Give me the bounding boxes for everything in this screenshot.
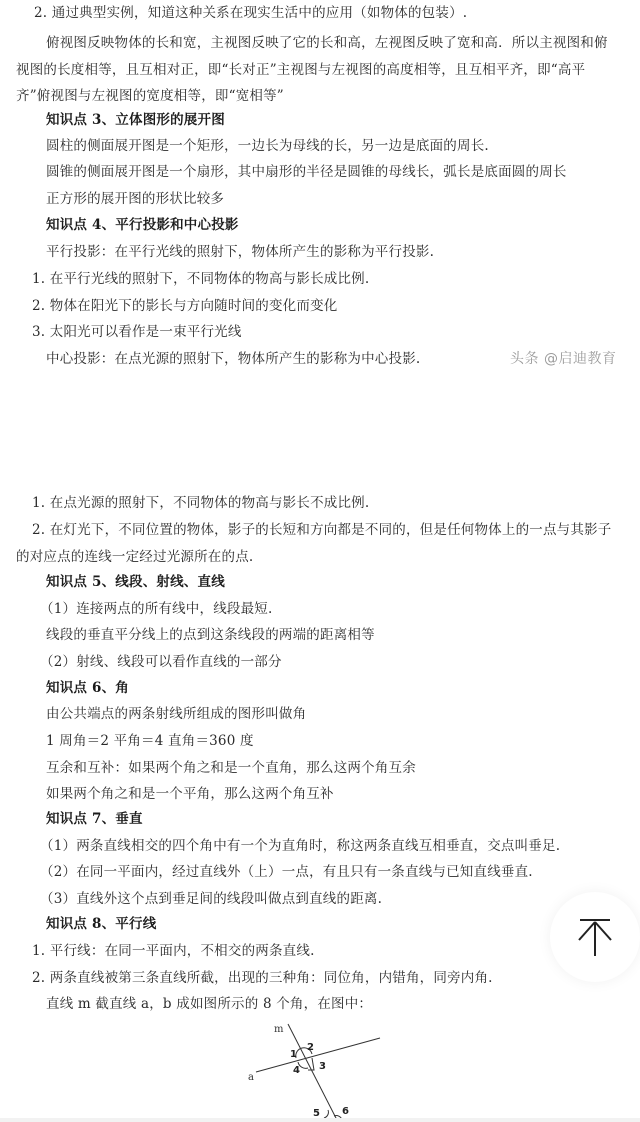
doc-line: 1. 平行线：在同一平面内，不相交的两条直线. <box>32 942 315 960</box>
angle-label-2: 2 <box>307 1042 314 1053</box>
doc-line: 2. 在灯光下，不同位置的物体，影子的长短和方向都是不同的，但是任何物体上的一点… <box>32 521 611 539</box>
label-a: a <box>248 1072 254 1083</box>
section-heading-7: 知识点 7、垂直 <box>46 810 143 828</box>
angle-label-6: 6 <box>342 1106 349 1117</box>
doc-line: （3）直线外这个点到垂足间的线段叫做点到直线的距离. <box>40 890 382 908</box>
section-heading-3: 知识点 3、立体图形的展开图 <box>46 111 225 129</box>
doc-line: 视图的长度相等，且互相对正，即“长对正”主视图与左视图的高度相等，且互相平齐，即… <box>16 61 585 79</box>
section-heading-6: 知识点 6、角 <box>46 679 129 697</box>
watermark: 头条 @启迪教育 <box>510 348 616 368</box>
arrow-up-to-top-icon <box>574 916 616 958</box>
section-heading-4: 知识点 4、平行投影和中心投影 <box>46 216 239 234</box>
doc-line: 由公共端点的两条射线所组成的图形叫做角 <box>46 705 306 723</box>
doc-line: （2）在同一平面内，经过直线外（上）一点，有且只有一条直线与已知直线垂直. <box>40 863 533 881</box>
doc-line: 1. 在平行光线的照射下，不同物体的物高与影长成比例. <box>32 270 369 288</box>
angle-label-3: 3 <box>319 1061 326 1072</box>
doc-line: 2. 两条直线被第三条直线所截，出现的三种角：同位角，内错角，同旁内角. <box>32 969 493 987</box>
angle-diagram-svg: m a 1 2 3 4 5 6 <box>200 1010 420 1122</box>
doc-line: 中心投影：在点光源的照射下，物体所产生的影称为中心投影. <box>46 350 420 368</box>
doc-line: 1 周角＝2 平角＝4 直角＝360 度 <box>46 732 254 750</box>
angle-label-4: 4 <box>293 1065 300 1076</box>
doc-line: 圆锥的侧面展开图是一个扇形，其中扇形的半径是圆锥的母线长，弧长是底面圆的周长 <box>46 163 567 181</box>
back-to-top-button[interactable] <box>550 892 640 982</box>
doc-line: 2. 物体在阳光下的影长与方向随时间的变化而变化 <box>32 297 337 315</box>
doc-line: 互余和互补：如果两个角之和是一个直角，那么这两个角互余 <box>46 759 416 777</box>
doc-line: 圆柱的侧面展开图是一个矩形，一边长为母线的长，另一边是底面的周长. <box>46 137 489 155</box>
angle-label-1: 1 <box>290 1049 297 1060</box>
doc-line: 2. 通过典型实例，知道这种关系在现实生活中的应用（如物体的包装）. <box>34 4 467 22</box>
doc-line: （1）连接两点的所有线中，线段最短. <box>40 600 272 618</box>
doc-line: 线段的垂直平分线上的点到这条线段的两端的距离相等 <box>46 626 375 644</box>
section-heading-5: 知识点 5、线段、射线、直线 <box>46 573 225 591</box>
doc-line: （1）两条直线相交的四个角中有一个为直角时，称这两条直线互相垂直，交点叫垂足. <box>40 837 560 855</box>
doc-line: 1. 在点光源的照射下，不同物体的物高与影长不成比例. <box>32 494 369 512</box>
doc-line: 3. 太阳光可以看作是一束平行光线 <box>32 323 242 341</box>
transversal-diagram: m a 1 2 3 4 5 6 <box>200 1010 420 1122</box>
doc-line: 正方形的展开图的形状比较多 <box>46 190 224 208</box>
doc-line: 的对应点的连线一定经过光源所在的点. <box>16 548 253 566</box>
doc-line: 如果两个角之和是一个平角，那么这两个角互补 <box>46 785 334 803</box>
section-heading-8: 知识点 8、平行线 <box>46 915 156 933</box>
doc-line: 齐”俯视图与左视图的宽度相等，即“宽相等” <box>16 87 284 105</box>
doc-line: 平行投影：在平行光线的照射下，物体所产生的影称为平行投影. <box>46 243 434 261</box>
doc-line: 俯视图反映物体的长和宽，主视图反映了它的长和高，左视图反映了宽和高．所以主视图和… <box>46 34 608 52</box>
bottom-edge <box>0 1118 640 1122</box>
doc-line: （2）射线、线段可以看作直线的一部分 <box>40 653 282 671</box>
label-m: m <box>274 1024 284 1035</box>
